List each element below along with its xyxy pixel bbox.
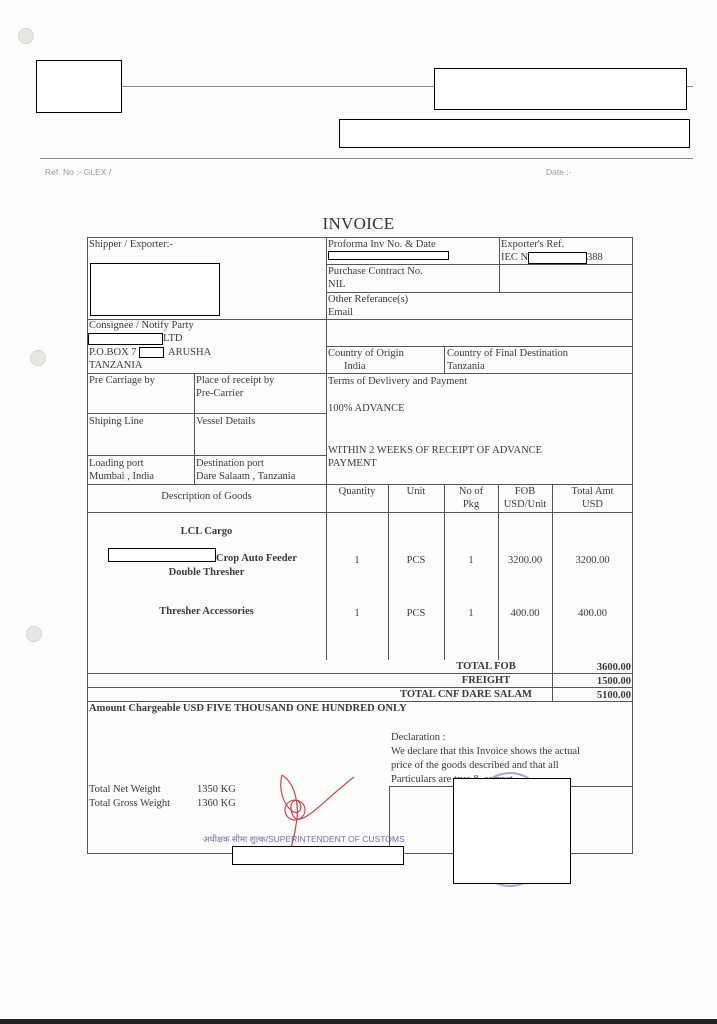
- total-cnf-label: TOTAL CNF DARE SALAM: [380, 689, 552, 701]
- redacted-company-name: [434, 68, 687, 110]
- rule: [87, 413, 326, 414]
- row2-unit: PCS: [388, 608, 444, 620]
- net-weight-label: Total Net Weight: [89, 784, 161, 796]
- header-quantity: Quantity: [326, 486, 388, 498]
- terms-delivery-1: WITHIN 2 WEEKS OF RECEIPT OF ADVANCE: [328, 445, 542, 457]
- consignee-city: ARUSHA: [168, 347, 211, 359]
- redacted-customs-officer: [232, 846, 404, 865]
- row2-description: Thresher Accessories: [87, 606, 326, 618]
- row1-fob: 3200.00: [498, 555, 552, 567]
- row1-description-1: Crop Auto Feeder: [216, 553, 297, 565]
- header-fob-2: USD/Unit: [498, 499, 552, 511]
- rule: [444, 346, 445, 373]
- country-of-destination-label: Country of Final Destination: [447, 348, 568, 360]
- purchase-contract-label: Purchase Contract No.: [328, 266, 423, 278]
- rule: [87, 455, 326, 456]
- rule: [388, 484, 389, 660]
- redacted-proforma-number: [328, 251, 449, 260]
- row1-unit: PCS: [388, 555, 444, 567]
- rule: [194, 373, 195, 484]
- date-label: Date :-: [546, 167, 572, 177]
- redacted-logo: [36, 60, 122, 113]
- header-pkg-1: No of: [444, 486, 498, 498]
- redacted-pobox-number: [139, 347, 164, 358]
- header-total-2: USD: [552, 499, 633, 511]
- rule: [326, 237, 327, 512]
- cargo-type: LCL Cargo: [87, 526, 326, 538]
- destination-port-value: Dare Salaam , Tanzania: [196, 471, 295, 483]
- other-reference-label: Other Referance(s): [328, 294, 408, 306]
- country-of-origin-value: India: [344, 361, 366, 373]
- country-of-origin-label: Country of Origin: [328, 348, 404, 360]
- terms-delivery-2: PAYMENT: [328, 458, 377, 470]
- rule: [87, 373, 633, 374]
- redacted-company-seal: [453, 778, 571, 884]
- consignee-pobox: P.O.BOX 7: [89, 347, 137, 359]
- rule: [499, 237, 500, 292]
- customs-stamp: अधीक्षक सीमा शुल्क/SUPERINTENDENT OF CUS…: [203, 834, 405, 845]
- gross-weight-label: Total Gross Weight: [89, 798, 170, 810]
- row1-description-2: Double Thresher: [87, 567, 326, 579]
- row1-total: 3200.00: [552, 555, 633, 567]
- header-description: Description of Goods: [87, 491, 326, 503]
- ref-number-label: Ref. No :- GLEX /: [45, 167, 111, 177]
- row1-quantity: 1: [326, 555, 388, 567]
- redacted-company-address: [339, 119, 690, 148]
- header-total-1: Total Amt: [552, 486, 633, 498]
- row2-total: 400.00: [552, 608, 633, 620]
- rule: [326, 319, 633, 320]
- total-cnf-value: 5100.00: [552, 690, 631, 702]
- redacted-product-brand: [108, 548, 216, 562]
- place-of-receipt-label: Place of receipt by: [196, 375, 274, 387]
- destination-port-label: Destination port: [196, 458, 264, 470]
- pre-carriage-label: Pre Carriage by: [89, 375, 155, 387]
- punch-hole: [18, 28, 34, 44]
- punch-hole: [30, 350, 46, 366]
- header-unit: Unit: [388, 486, 444, 498]
- consignee-name-suffix: LTD: [163, 333, 182, 345]
- net-weight-value: 1350 KG: [197, 784, 236, 796]
- iec-suffix: 388: [587, 252, 603, 264]
- loading-port-value: Mumbai , India: [89, 471, 154, 483]
- consignee-country: TANZANIA: [89, 360, 142, 372]
- redacted-shipper-address: [90, 263, 220, 316]
- rule: [326, 346, 633, 347]
- row1-pkg: 1: [444, 555, 498, 567]
- rule: [326, 484, 327, 660]
- invoice-title: INVOICE: [0, 214, 717, 234]
- country-of-destination-value: Tanzania: [447, 361, 485, 373]
- shipper-label: Shipper / Exporter:-: [89, 239, 173, 251]
- rule: [326, 292, 633, 293]
- header-fob-1: FOB: [498, 486, 552, 498]
- rule: [326, 264, 633, 265]
- total-fob-value: 3600.00: [552, 662, 631, 674]
- row2-quantity: 1: [326, 608, 388, 620]
- amount-chargeable: Amount Chargeable USD FIVE THOUSAND ONE …: [89, 703, 407, 715]
- freight-value: 1500.00: [552, 676, 631, 688]
- loading-port-label: Loading port: [89, 458, 144, 470]
- declaration-line-2: price of the goods described and that al…: [391, 760, 559, 772]
- declaration-label: Declaration :: [391, 732, 446, 744]
- letterhead-rule-bottom: [40, 158, 693, 159]
- terms-label: Terms of Devlivery and Payment: [328, 376, 467, 388]
- other-reference-value: Email: [328, 307, 353, 319]
- row2-fob: 400.00: [498, 608, 552, 620]
- vessel-details-label: Vessel Details: [196, 416, 255, 428]
- place-of-receipt-label-2: Pre-Carrier: [196, 388, 243, 400]
- iec-prefix: IEC N: [501, 252, 528, 264]
- exporter-ref-label: Exporter's Ref.: [501, 239, 564, 251]
- redacted-consignee-name: [88, 333, 163, 345]
- freight-label: FREIGHT: [420, 675, 552, 687]
- gross-weight-value: 1360 KG: [197, 798, 236, 810]
- total-fob-label: TOTAL FOB: [420, 661, 552, 673]
- header-pkg-2: Pkg: [444, 499, 498, 511]
- scan-edge: [0, 1019, 717, 1024]
- terms-payment: 100% ADVANCE: [328, 403, 405, 415]
- shipping-line-label: Shiping Line: [89, 416, 144, 428]
- consignee-label: Consignee / Notify Party: [89, 320, 194, 332]
- punch-hole: [26, 626, 42, 642]
- redacted-iec-number: [528, 252, 587, 264]
- purchase-contract-value: NIL: [328, 279, 346, 291]
- proforma-label: Proforma Inv No. & Date: [328, 239, 436, 251]
- declaration-line-1: We declare that this Invoice shows the a…: [391, 746, 580, 758]
- row2-pkg: 1: [444, 608, 498, 620]
